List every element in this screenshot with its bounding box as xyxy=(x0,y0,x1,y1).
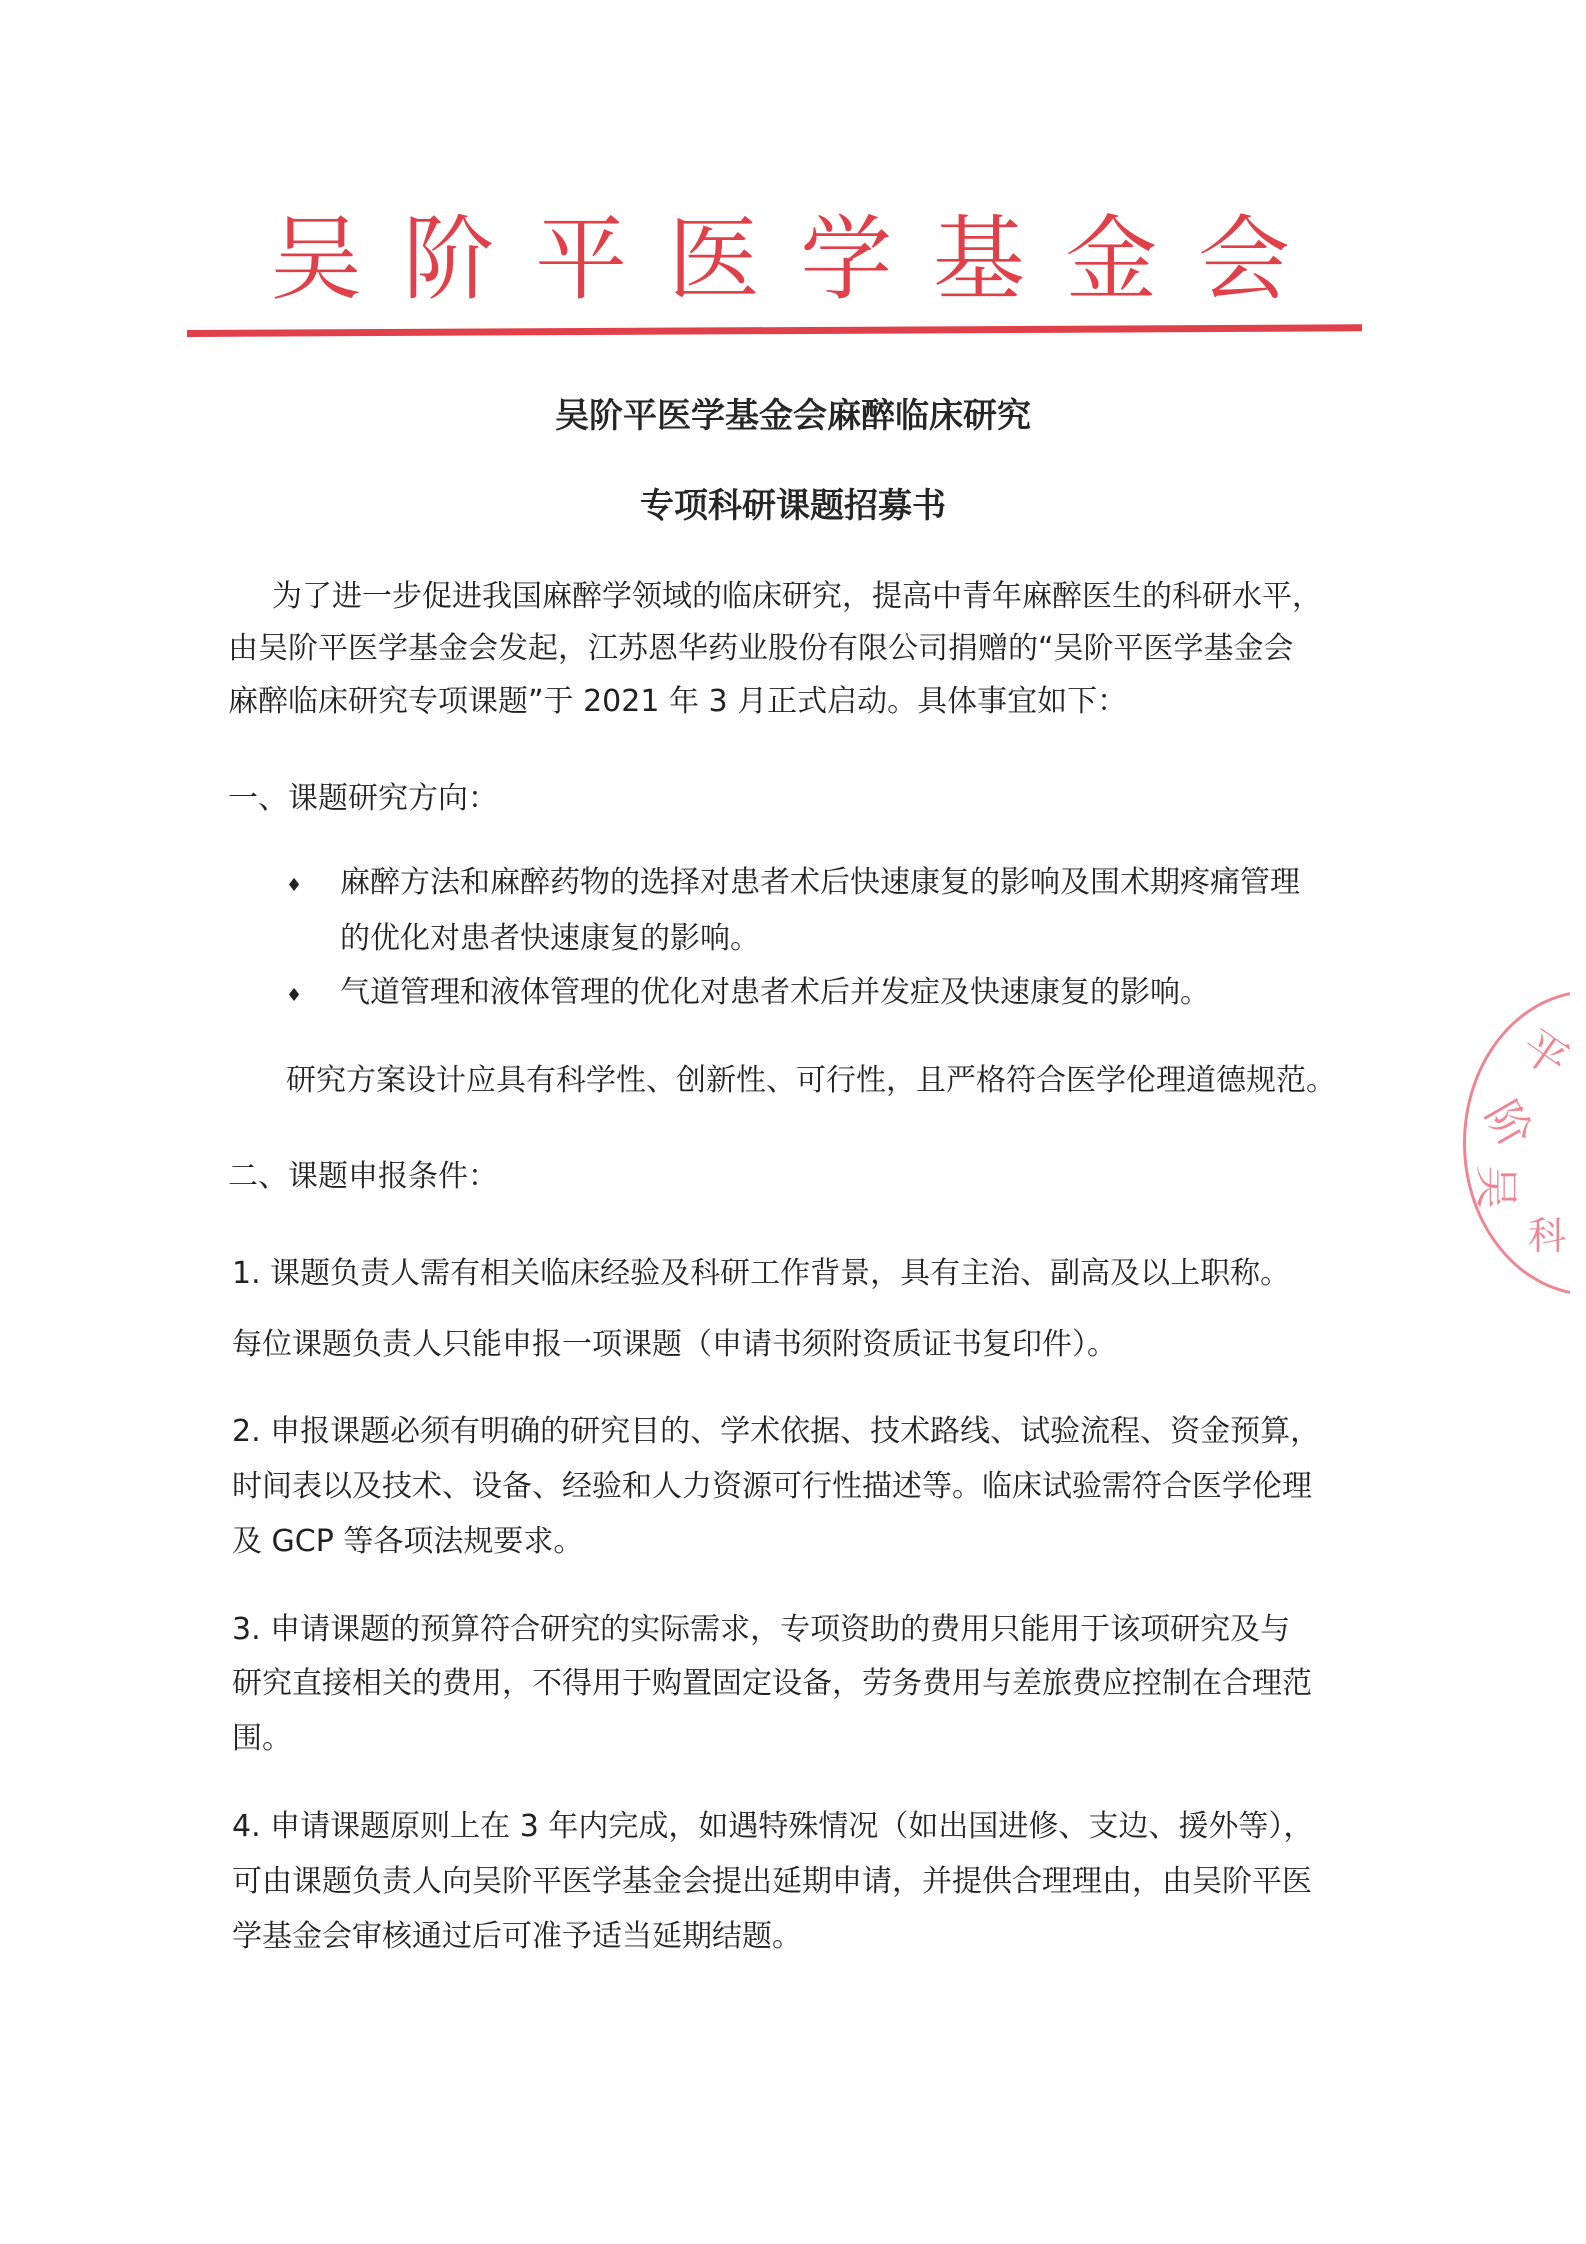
condition-line: 围。 xyxy=(232,1712,292,1766)
research-note: 研究方案设计应具有科学性、创新性、可行性，且严格符合医学伦理道德规范。 xyxy=(286,1054,1336,1108)
intro-line: 为了进一步促进我国麻醉学领域的临床研究，提高中青年麻醉医生的科研水平， xyxy=(272,570,1322,624)
letterhead-title: 吴 阶 平 医 学 基 金 会 xyxy=(270,205,1290,315)
condition-line: 及 GCP 等各项法规要求。 xyxy=(232,1515,583,1569)
bullet-item-line: 麻醉方法和麻醉药物的选择对患者术后快速康复的影响及围术期疼痛管理 xyxy=(340,856,1300,910)
condition-line: 时间表以及技术、设备、经验和人力资源可行性描述等。临床试验需符合医学伦理 xyxy=(232,1460,1312,1514)
document-title-line2: 专项科研课题招募书 xyxy=(0,478,1586,527)
letterhead-char: 基 xyxy=(933,214,1025,306)
section-heading: 二、课题申报条件： xyxy=(228,1150,498,1204)
diamond-bullet-icon: ♦ xyxy=(286,875,302,896)
letterhead-char: 吴 xyxy=(270,214,362,306)
diamond-bullet-icon: ♦ xyxy=(286,985,302,1006)
section-heading: 一、课题研究方向： xyxy=(228,772,498,826)
bullet-item-line: 气道管理和液体管理的优化对患者术后并发症及快速康复的影响。 xyxy=(340,966,1210,1020)
document-title-line1: 吴阶平医学基金会麻醉临床研究 xyxy=(0,388,1586,437)
letterhead-char: 金 xyxy=(1065,214,1157,306)
intro-line: 由吴阶平医学基金会发起，江苏恩华药业股份有限公司捐赠的“吴阶平医学基金会 xyxy=(228,622,1294,676)
condition-line: 1. 课题负责人需有相关临床经验及科研工作背景，具有主治、副高及以上职称。 xyxy=(232,1247,1290,1301)
bullet-item-line: 的优化对患者快速康复的影响。 xyxy=(340,912,760,966)
letterhead-char: 会 xyxy=(1198,214,1290,306)
condition-line: 4. 申请课题原则上在 3 年内完成，如遇特殊情况（如出国进修、支边、援外等）， xyxy=(232,1800,1313,1854)
intro-line: 麻醉临床研究专项课题”于 2021 年 3 月正式启动。具体事宜如下： xyxy=(228,675,1127,729)
letterhead-divider xyxy=(187,324,1362,337)
official-seal: 平 阶 吴 科 xyxy=(1440,980,1570,1300)
letterhead-char: 阶 xyxy=(403,214,495,306)
letterhead-char: 学 xyxy=(800,214,892,306)
seal-char: 吴 xyxy=(1468,1165,1532,1209)
letterhead-char: 平 xyxy=(535,214,627,306)
condition-line: 学基金会审核通过后可准予适当延期结题。 xyxy=(232,1910,802,1964)
seal-char: 科 xyxy=(1528,1205,1566,1260)
condition-line: 每位课题负责人只能申报一项课题（申请书须附资质证书复印件）。 xyxy=(232,1318,1117,1372)
condition-line: 可由课题负责人向吴阶平医学基金会提出延期申请，并提供合理理由，由吴阶平医 xyxy=(232,1855,1312,1909)
condition-line: 3. 申请课题的预算符合研究的实际需求，专项资助的费用只能用于该项研究及与 xyxy=(232,1603,1290,1657)
condition-line: 研究直接相关的费用，不得用于购置固定设备，劳务费用与差旅费应控制在合理范 xyxy=(232,1657,1312,1711)
letterhead-char: 医 xyxy=(668,214,760,306)
condition-line: 2. 申报课题必须有明确的研究目的、学术依据、技术路线、试验流程、资金预算， xyxy=(232,1405,1320,1459)
